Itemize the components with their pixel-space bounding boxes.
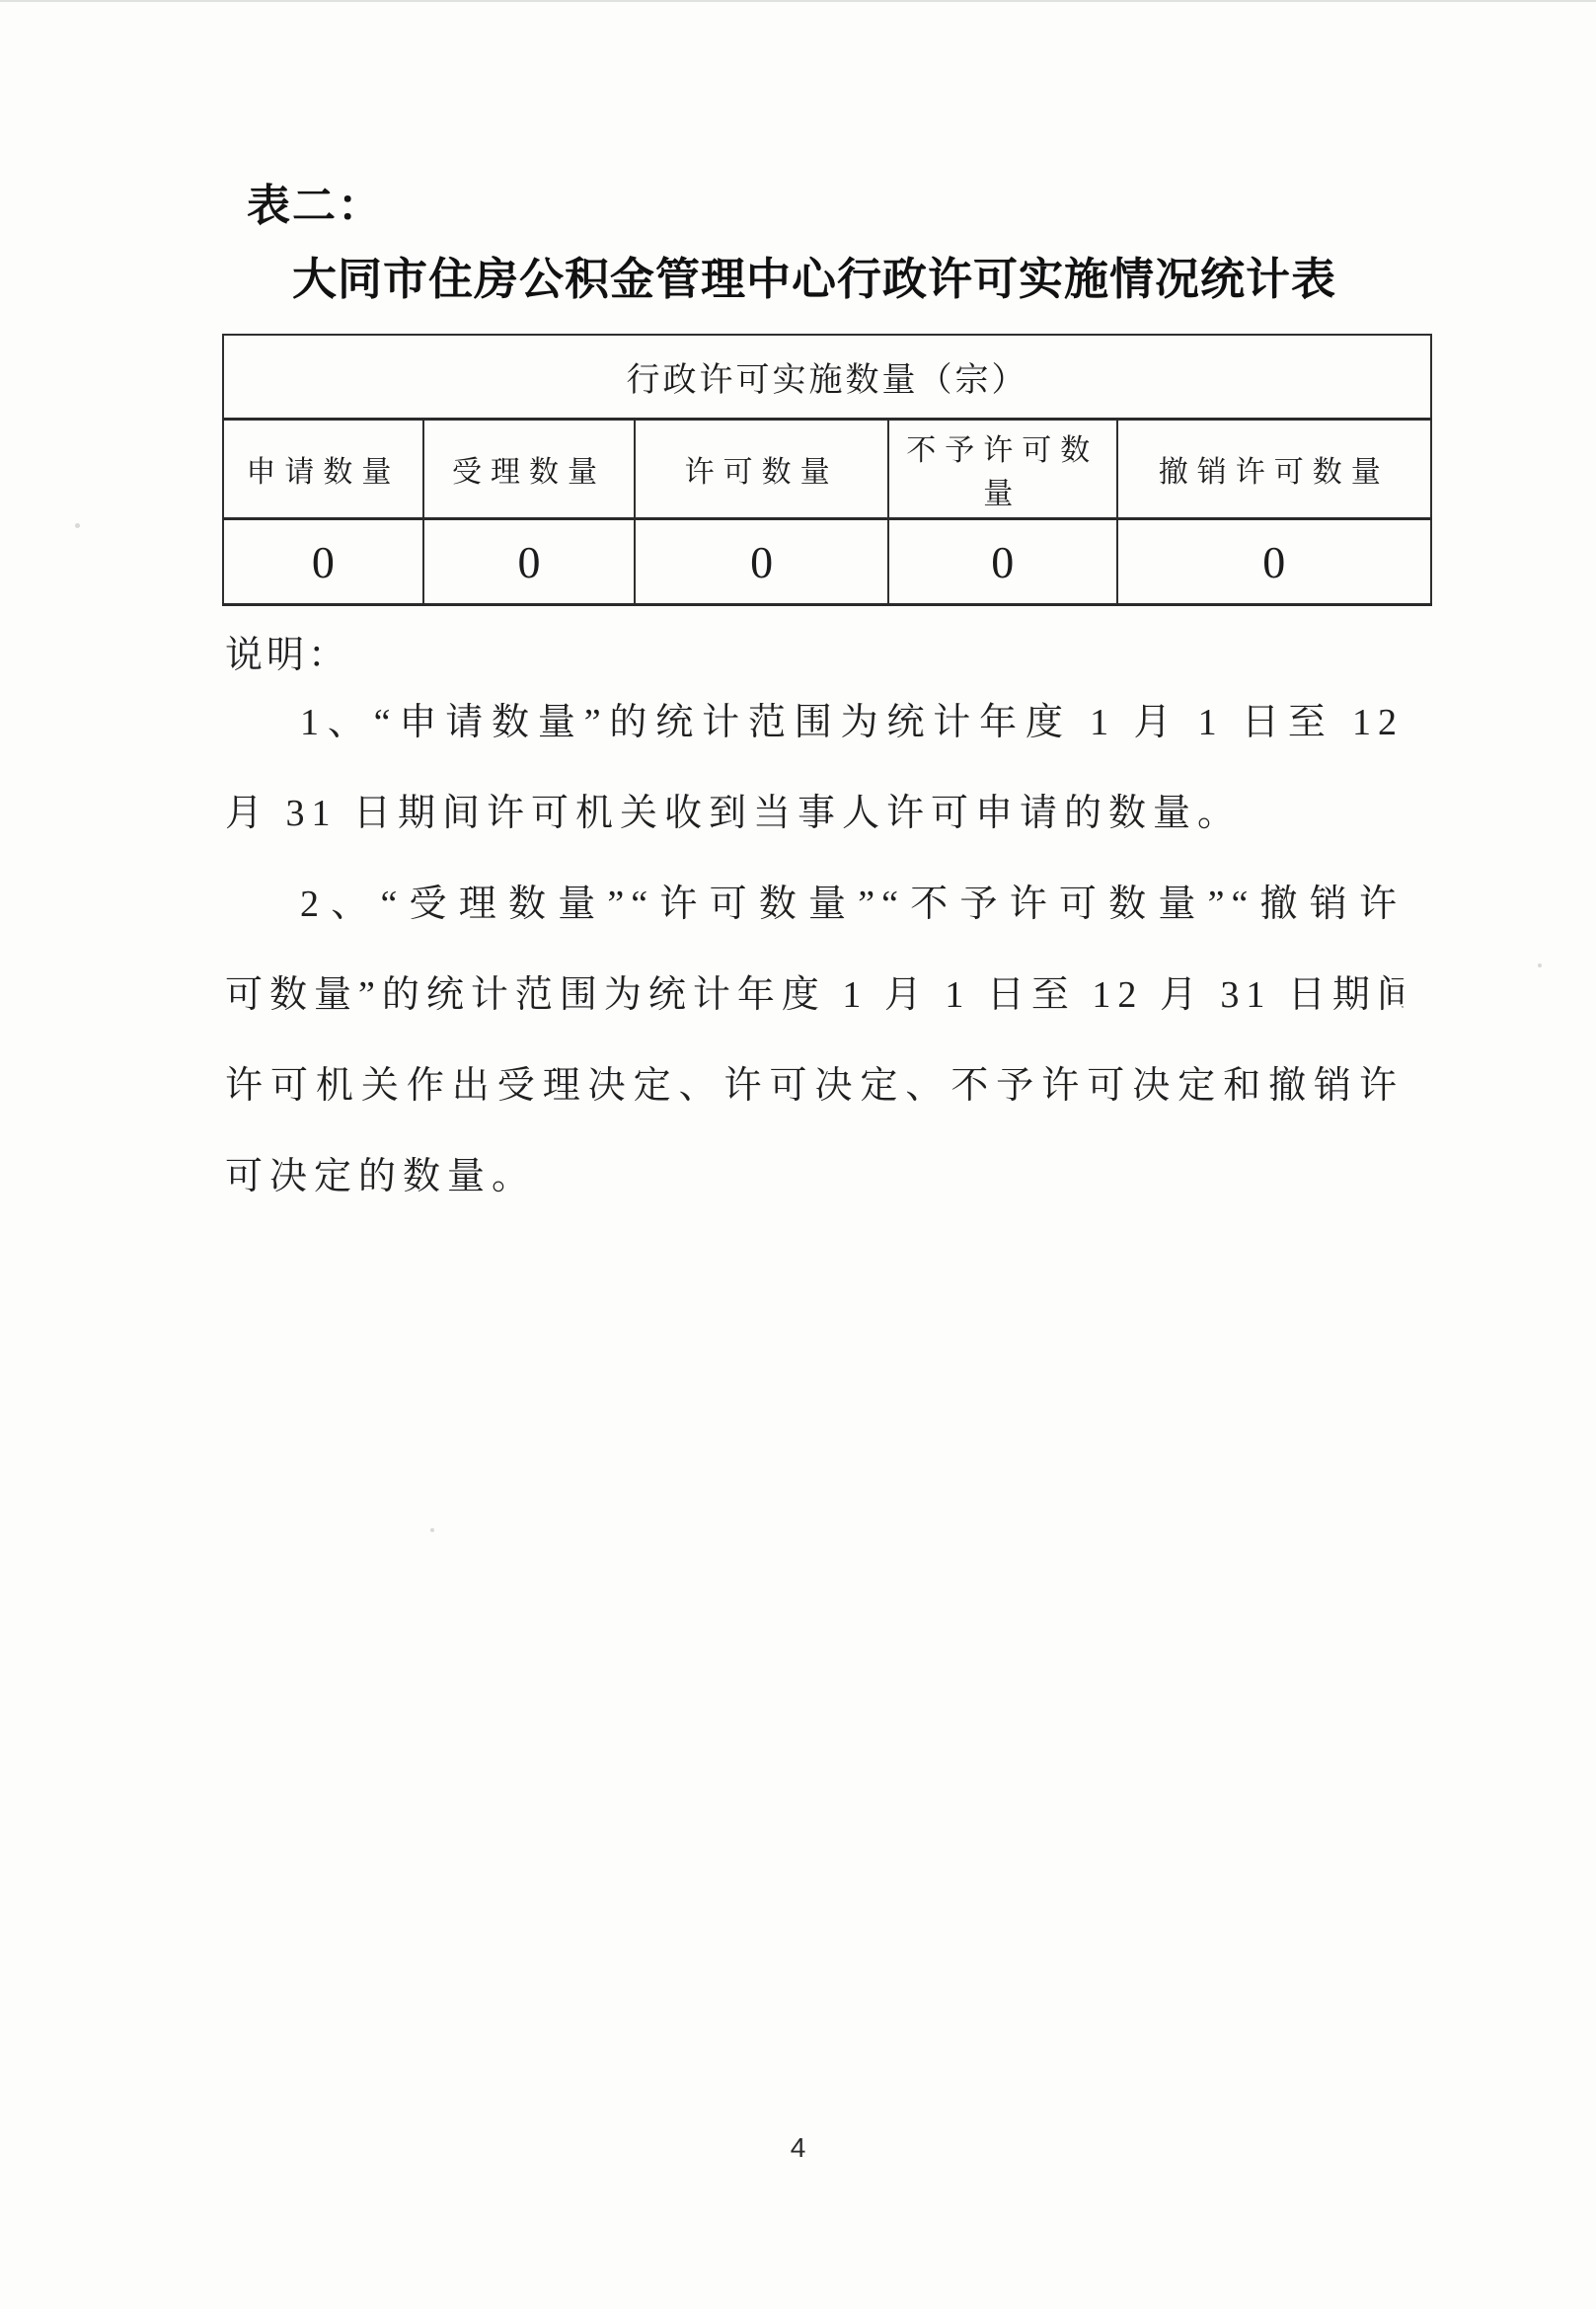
- column-header-cell: 申请数量: [223, 420, 423, 519]
- column-header-cell: 受理数量: [423, 420, 636, 519]
- note-line: 可数量”的统计范围为统计年度 1 月 1 日至 12 月 31 日期间: [225, 950, 1404, 1040]
- value-cell: 0: [223, 519, 423, 605]
- notes-body: 1、“申请数量”的统计范围为统计年度 1 月 1 日至 12月 31 日期间许可…: [225, 677, 1404, 1222]
- page-number: 4: [0, 2132, 1596, 2164]
- note-line: 2、“受理数量”“许可数量”“不予许可数量”“撤销许: [225, 859, 1404, 950]
- value-cell: 0: [1117, 519, 1432, 605]
- note-line: 1、“申请数量”的统计范围为统计年度 1 月 1 日至 12: [225, 677, 1404, 768]
- value-row: 00000: [223, 519, 1431, 605]
- notes-heading: 说明：: [225, 634, 1404, 677]
- value-cell: 0: [635, 519, 888, 605]
- column-header-cell: 许可数量: [635, 420, 888, 519]
- value-cell: 0: [423, 519, 636, 605]
- table-label: 表二：: [247, 170, 383, 233]
- note-line: 可决定的数量。: [225, 1131, 1404, 1222]
- note-line: 许可机关作出受理决定、许可决定、不予许可决定和撤销许: [225, 1040, 1404, 1131]
- license-stats-table: 行政许可实施数量（宗） 申请数量受理数量许可数量不予许可数量撤销许可数量 000…: [222, 334, 1432, 606]
- table-merged-header: 行政许可实施数量（宗）: [223, 335, 1431, 420]
- document-page: 表二： 大同市住房公积金管理中心行政许可实施情况统计表 行政许可实施数量（宗） …: [0, 0, 1596, 2309]
- value-cell: 0: [888, 519, 1117, 605]
- scan-speck: [75, 523, 80, 528]
- column-header-cell: 撤销许可数量: [1117, 420, 1432, 519]
- column-header-cell: 不予许可数量: [888, 420, 1117, 519]
- document-title: 大同市住房公积金管理中心行政许可实施情况统计表: [222, 243, 1406, 307]
- column-header-row: 申请数量受理数量许可数量不予许可数量撤销许可数量: [223, 420, 1431, 519]
- notes-section: 说明： 1、“申请数量”的统计范围为统计年度 1 月 1 日至 12月 31 日…: [225, 634, 1404, 1222]
- note-line: 月 31 日期间许可机关收到当事人许可申请的数量。: [225, 768, 1404, 859]
- scan-speck: [1538, 963, 1542, 967]
- scan-edge-artifact: [0, 0, 1596, 2]
- merged-header-row: 行政许可实施数量（宗）: [223, 335, 1431, 420]
- scan-speck: [430, 1528, 434, 1532]
